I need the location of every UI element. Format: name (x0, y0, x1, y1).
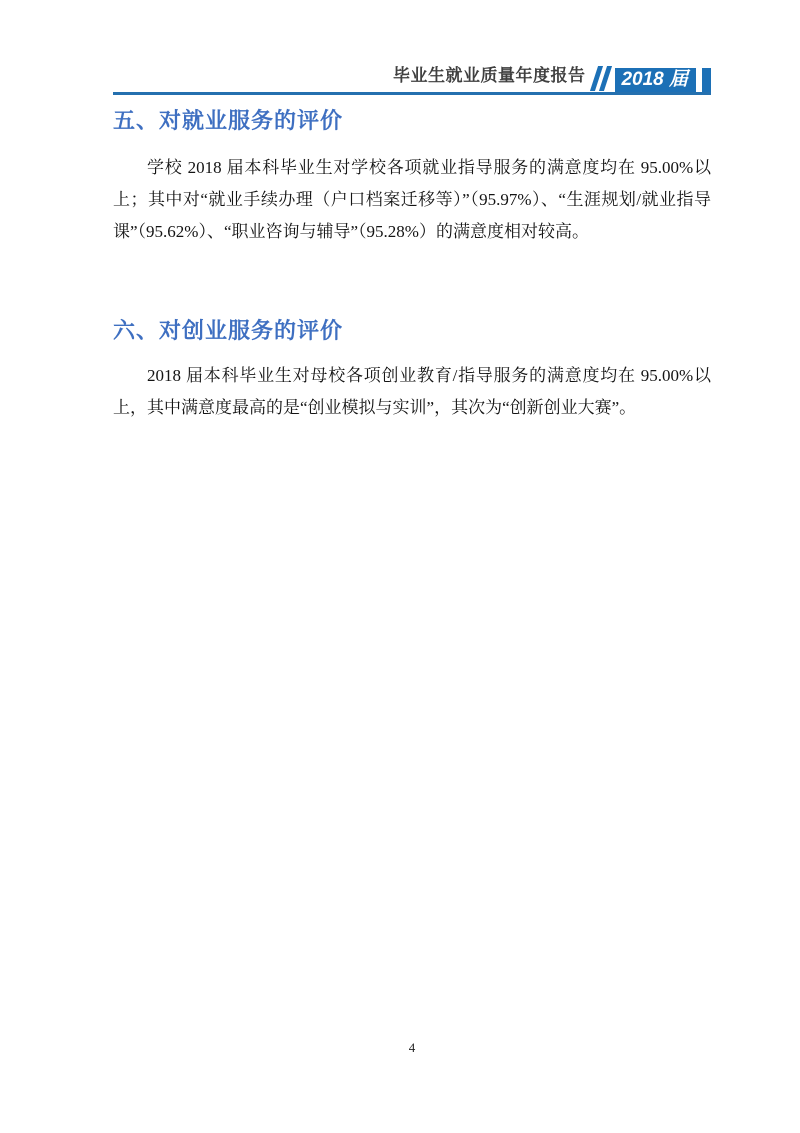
section-paragraph-employment-services: 学校 2018 届本科毕业生对学校各项就业指导服务的满意度均在 95.00%以上… (113, 152, 711, 248)
year-badge: 2018 届 (615, 68, 696, 92)
section-paragraph-entrepreneurship-services: 2018 届本科毕业生对母校各项创业教育/指导服务的满意度均在 95.00%以上… (113, 360, 711, 424)
header-title: 毕业生就业质量年度报告 (393, 61, 586, 92)
section-heading-entrepreneurship-services: 六、对创业服务的评价 (113, 314, 343, 345)
double-slash-icon (594, 66, 608, 91)
page-header: 毕业生就业质量年度报告 2018 届 (113, 0, 711, 95)
accent-bar-icon (702, 68, 711, 92)
section-heading-employment-services: 五、对就业服务的评价 (113, 104, 343, 135)
page-number: 4 (113, 1040, 711, 1056)
document-page: 毕业生就业质量年度报告 2018 届 五、对就业服务的评价 学校 2018 届本… (0, 0, 800, 1133)
